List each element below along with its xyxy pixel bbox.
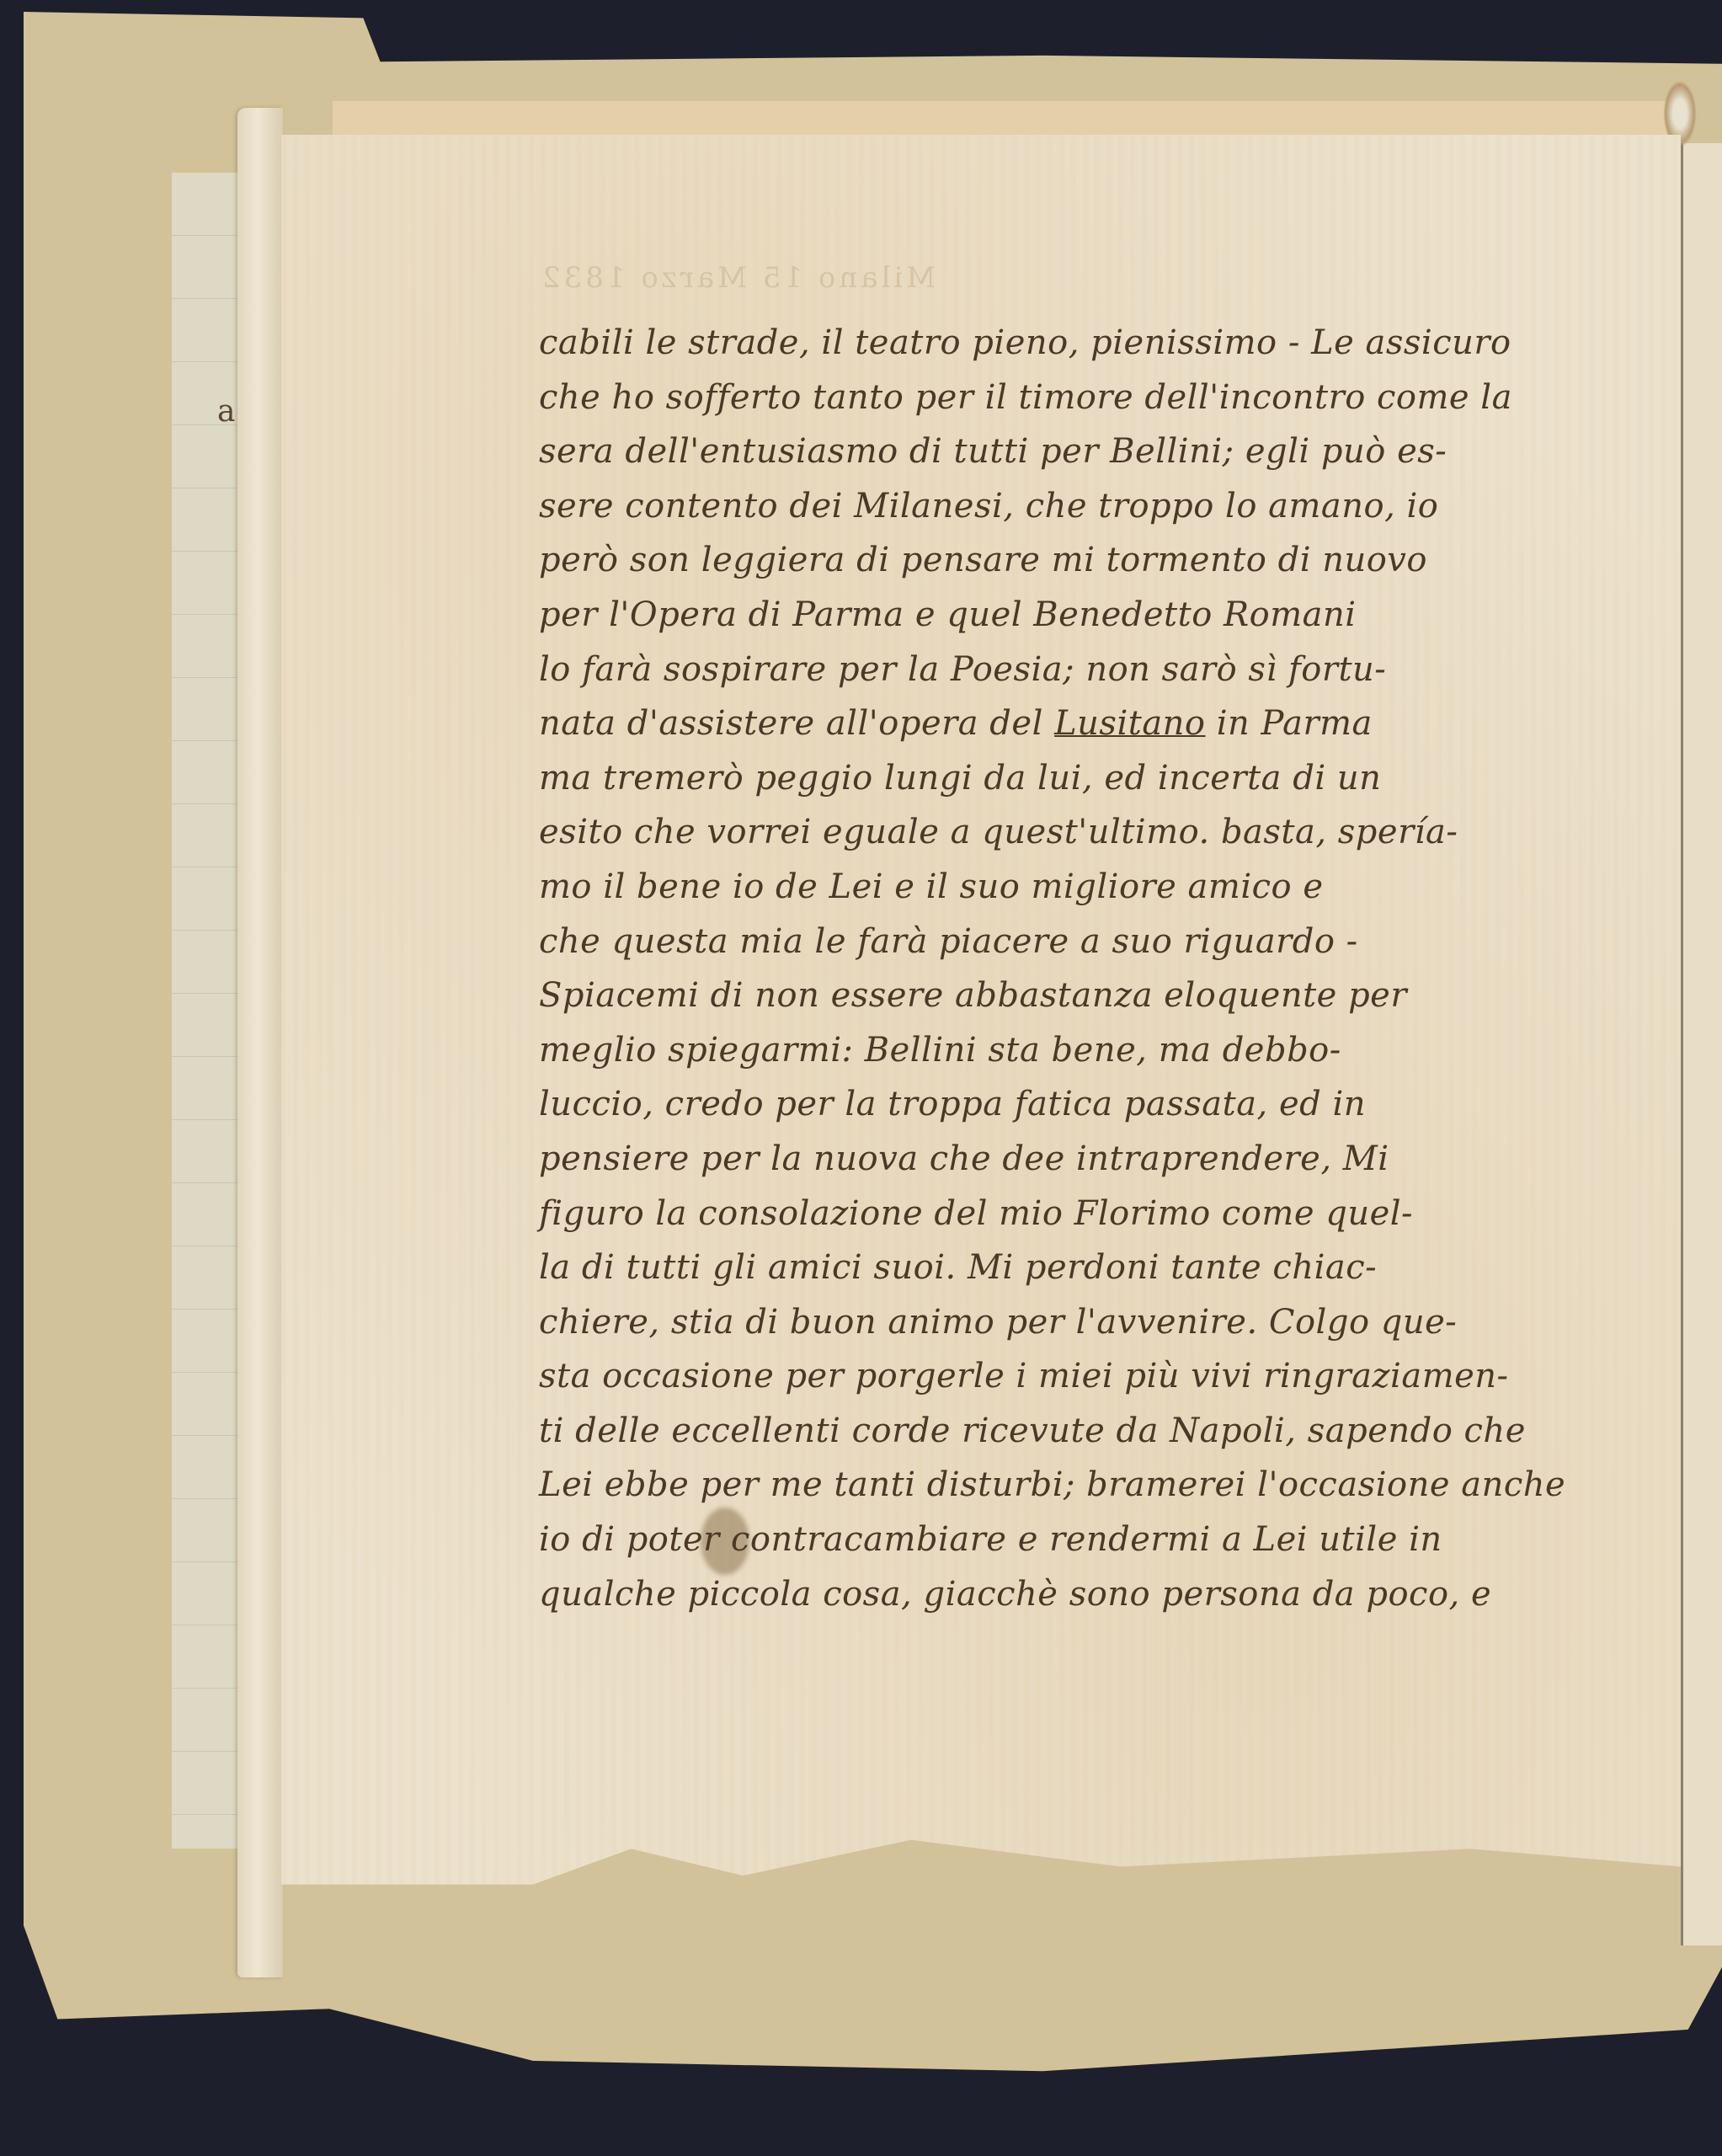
text-line: che ho sofferto tanto per il timore dell… (539, 371, 1676, 425)
text-line: io di poter contracambiare e rendermi a … (539, 1513, 1676, 1567)
underlined-word: Lusitano (1054, 704, 1205, 743)
text-line: la di tutti gli amici suoi. Mi perdoni t… (539, 1241, 1676, 1295)
bleed-through-text: Milano 15 Marzo 1832 (539, 261, 936, 295)
text-line: che questa mia le farà piacere a suo rig… (539, 915, 1676, 969)
text-line: però son leggiera di pensare mi tormento… (539, 533, 1676, 588)
text-line: chiere, stia di buon animo per l'avvenir… (539, 1295, 1676, 1350)
text-line: figuro la consolazione del mio Florimo c… (539, 1187, 1676, 1241)
text-line: luccio, credo per la troppa fatica passa… (539, 1077, 1676, 1132)
adjacent-page-edge (1681, 143, 1722, 1945)
text-line: sta occasione per porgerle i miei più vi… (539, 1349, 1676, 1404)
text-line: cabili le strade, il teatro pieno, pieni… (539, 316, 1676, 371)
text-line: mo il bene io de Lei e il suo migliore a… (539, 860, 1676, 915)
text-line: ti delle eccellenti corde ricevute da Na… (539, 1404, 1676, 1459)
handwritten-text: cabili le strade, il teatro pieno, pieni… (539, 316, 1676, 1621)
text-line: meglio spiegarmi: Bellini sta bene, ma d… (539, 1023, 1676, 1078)
folded-page-edge (237, 108, 283, 1977)
text-line: pensiere per la nuova che dee intraprend… (539, 1132, 1676, 1187)
text-line: ma tremerò peggio lungi da lui, ed incer… (539, 751, 1676, 806)
text-line: Lei ebbe per me tanti disturbi; bramerei… (539, 1458, 1676, 1513)
margin-mark: a (217, 394, 235, 429)
text-line: qualche piccola cosa, giacchè sono perso… (539, 1567, 1676, 1622)
text-line: per l'Opera di Parma e quel Benedetto Ro… (539, 588, 1676, 643)
text-line: Spiacemi di non essere abbastanza eloque… (539, 969, 1676, 1023)
top-paper-strip (333, 101, 1667, 136)
text-line: nata d'assistere all'opera del Lusitano … (539, 696, 1676, 751)
text-line: lo farà sospirare per la Poesia; non sar… (539, 643, 1676, 697)
text-line: sere contento dei Milanesi, che troppo l… (539, 479, 1676, 534)
text-line: esito che vorrei eguale a quest'ultimo. … (539, 805, 1676, 860)
text-line: sera dell'entusiasmo di tutti per Bellin… (539, 424, 1676, 479)
